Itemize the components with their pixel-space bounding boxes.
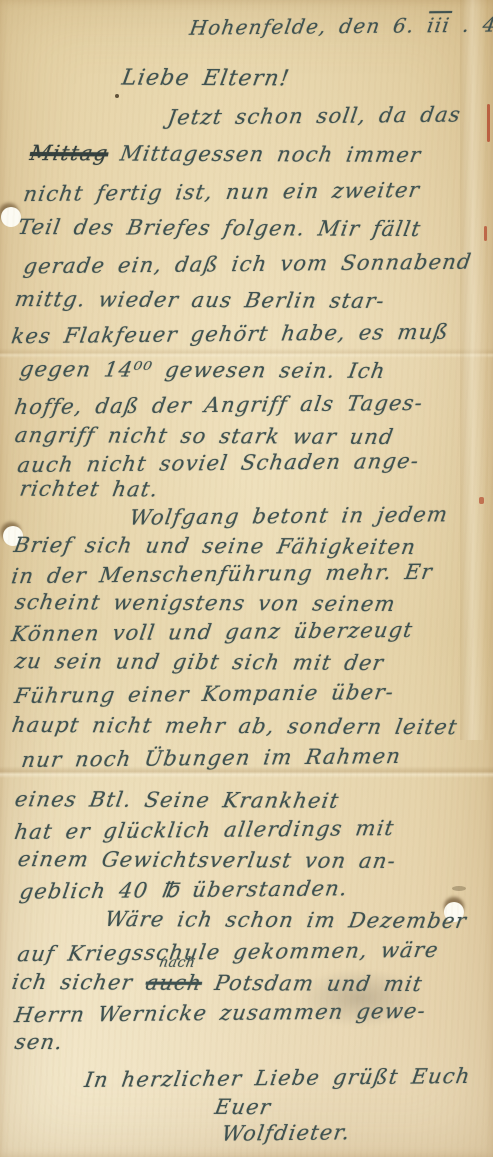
letter-line: Herrn Wernicke zusammen gewe- [13,999,428,1027]
letter-line: nur noch Übungen im Rahmen [20,744,403,772]
letter-line: Führung einer Kompanie über- [13,680,396,708]
letter-line: mittg. wieder aus Berlin star- [13,287,387,313]
letter-line: in der Menschenführung mehr. Er [10,560,435,588]
letter-line-text: Mittagessen noch immer [118,141,423,167]
letter-line: eines Btl. Seine Krankheit [13,787,341,813]
letter-line-text: Potsdam und mit [213,971,425,996]
dateline-place: Hohenfelde, [188,14,329,39]
letter-line: Teil des Briefes folgen. Mir fällt [16,215,423,241]
letter-line: angriff nicht so stark war und [13,423,396,449]
struck-word: Mittag [28,141,110,165]
signature: Wolfdieter. [220,1120,352,1145]
letter-line: Brief sich und seine Fähigkeiten [12,533,418,559]
inserted-word: nach [158,955,197,971]
dateline: Hohenfelde, den 6. iii . 44. [188,12,493,39]
letter-line: nicht fertig ist, nun ein zweiter [22,178,422,206]
ink-speck [115,94,119,98]
salutation: Liebe Eltern! [120,66,292,92]
closing-line: In herzlicher Liebe grüßt Euch [83,1064,473,1092]
letter-line: einem Gewichtsverlust von an- [16,847,398,873]
struck-word: auch [144,971,204,995]
letter-line: zu sein und gibt sich mit der [13,649,386,675]
letter-line: Wäre ich schon im Dezember [103,907,469,933]
letter-line: gerade ein, daß ich vom Sonnabend [22,250,474,279]
letter-line: gegen 14⁰⁰ gewesen sein. Ich [18,357,387,383]
letter-page: Hohenfelde, den 6. iii . 44. Liebe Elter… [0,0,493,1157]
letter-line: auch nicht soviel Schaden ange- [16,449,421,477]
dateline-year: . 44. [461,12,493,37]
letter-line: Wolfgang betont in jedem [128,502,450,529]
letter-line: hoffe, daß der Angriff als Tages- [13,391,425,419]
letter-line: sen. [13,1030,65,1054]
letter-line: scheint wenigstens von seinem [13,590,397,616]
red-edge-mark [479,497,484,504]
red-edge-mark [484,226,487,241]
letter-line: geblich 40 ℔ überstanden. [18,876,350,903]
dateline-month-roman: iii [426,13,452,37]
vertical-edge-crease [460,0,488,740]
ink-speck [452,886,466,891]
closing-valediction: Euer [213,1095,273,1119]
correction: auchnach [144,971,204,995]
letter-line: hat er glücklich allerdings mit [13,816,396,844]
dateline-day: den 6. [338,13,417,38]
letter-line: Können voll und ganz überzeugt [10,618,415,646]
letter-line: auf Kriegsschule gekommen, wäre [16,938,441,966]
letter-line: richtet hat. [18,477,160,502]
letter-line-text: ich sicher [10,970,135,995]
letter-line-with-strikethrough: MittagMittagessen noch immer [28,141,423,167]
letter-line: haupt nicht mehr ab, sondern leitet [10,713,459,739]
letter-line: Jetzt schon soll, da das [166,102,463,129]
letter-line-with-correction: ich sicher auchnach Potsdam und mit [10,970,424,996]
letter-line: kes Flakfeuer gehört habe, es muß [10,320,451,349]
red-edge-mark [487,104,490,142]
